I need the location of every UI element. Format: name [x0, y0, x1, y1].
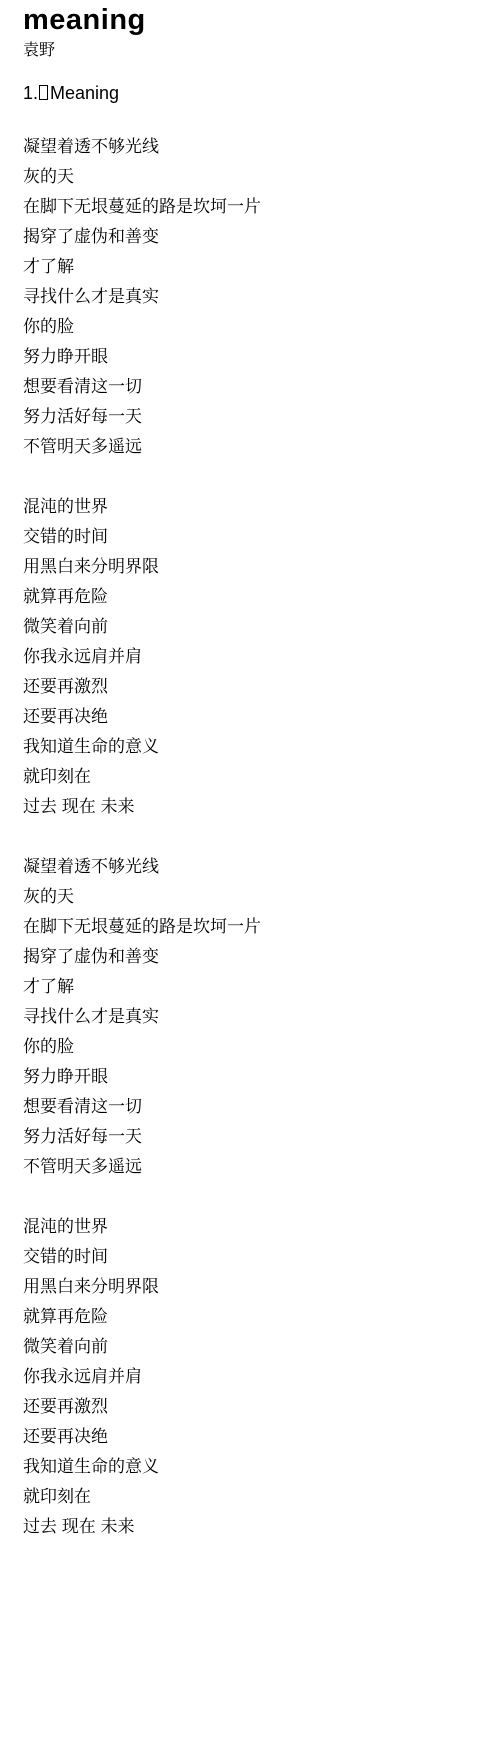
lyric-line: 混沌的世界	[23, 1212, 490, 1242]
lyric-line: 还要再决绝	[23, 1422, 490, 1452]
lyric-line: 在脚下无垠蔓延的路是坎坷一片	[23, 192, 490, 222]
lyric-line: 凝望着透不够光线	[23, 132, 490, 162]
missing-glyph-box-icon	[39, 85, 48, 100]
lyric-line: 就算再危险	[23, 1302, 490, 1332]
stanza-chorus-2: 混沌的世界交错的时间用黑白来分明界限就算再危险微笑着向前你我永远肩并肩还要再激烈…	[23, 1212, 490, 1542]
track-number: 1.	[23, 83, 38, 103]
lyric-line: 才了解	[23, 972, 490, 1002]
track-title: Meaning	[50, 83, 119, 103]
lyric-line: 揭穿了虚伪和善变	[23, 222, 490, 252]
lyric-line: 还要再决绝	[23, 702, 490, 732]
lyric-line: 用黑白来分明界限	[23, 1272, 490, 1302]
artist-name: 袁野	[23, 40, 490, 61]
lyric-line: 交错的时间	[23, 1242, 490, 1272]
lyric-line: 还要再激烈	[23, 1392, 490, 1422]
lyric-line: 努力睁开眼	[23, 342, 490, 372]
stanza-chorus-1: 混沌的世界交错的时间用黑白来分明界限就算再危险微笑着向前你我永远肩并肩还要再激烈…	[23, 492, 490, 822]
lyric-line: 交错的时间	[23, 522, 490, 552]
lyric-line: 用黑白来分明界限	[23, 552, 490, 582]
lyric-line: 我知道生命的意义	[23, 732, 490, 762]
lyric-line: 过去 现在 未来	[23, 792, 490, 822]
lyric-line: 想要看清这一切	[23, 372, 490, 402]
lyric-line: 微笑着向前	[23, 1332, 490, 1362]
lyric-line: 你的脸	[23, 312, 490, 342]
stanza-verse-2: 凝望着透不够光线灰的天在脚下无垠蔓延的路是坎坷一片揭穿了虚伪和善变才了解寻找什么…	[23, 852, 490, 1182]
lyric-line: 微笑着向前	[23, 612, 490, 642]
lyric-line: 你的脸	[23, 1032, 490, 1062]
lyric-line: 混沌的世界	[23, 492, 490, 522]
lyric-line: 努力睁开眼	[23, 1062, 490, 1092]
lyric-line: 就印刻在	[23, 762, 490, 792]
lyric-line: 想要看清这一切	[23, 1092, 490, 1122]
lyric-line: 就算再危险	[23, 582, 490, 612]
lyric-line: 还要再激烈	[23, 672, 490, 702]
lyric-line: 寻找什么才是真实	[23, 282, 490, 312]
lyric-line: 在脚下无垠蔓延的路是坎坷一片	[23, 912, 490, 942]
lyric-line: 努力活好每一天	[23, 1122, 490, 1152]
lyric-line: 就印刻在	[23, 1482, 490, 1512]
lyric-line: 努力活好每一天	[23, 402, 490, 432]
lyric-line: 凝望着透不够光线	[23, 852, 490, 882]
lyric-line: 才了解	[23, 252, 490, 282]
lyric-line: 不管明天多遥远	[23, 432, 490, 462]
lyric-line: 不管明天多遥远	[23, 1152, 490, 1182]
lyric-line: 揭穿了虚伪和善变	[23, 942, 490, 972]
lyric-line: 灰的天	[23, 882, 490, 912]
track-heading: 1.Meaning	[23, 81, 490, 105]
page-title: meaning	[23, 3, 490, 37]
lyric-line: 过去 现在 未来	[23, 1512, 490, 1542]
lyrics-page: meaning 袁野 1.Meaning 凝望着透不够光线灰的天在脚下无垠蔓延的…	[23, 3, 490, 1542]
lyric-line: 灰的天	[23, 162, 490, 192]
lyric-line: 你我永远肩并肩	[23, 642, 490, 672]
stanza-verse-1: 凝望着透不够光线灰的天在脚下无垠蔓延的路是坎坷一片揭穿了虚伪和善变才了解寻找什么…	[23, 132, 490, 462]
lyric-line: 寻找什么才是真实	[23, 1002, 490, 1032]
lyric-line: 你我永远肩并肩	[23, 1362, 490, 1392]
lyric-line: 我知道生命的意义	[23, 1452, 490, 1482]
lyrics-body: 凝望着透不够光线灰的天在脚下无垠蔓延的路是坎坷一片揭穿了虚伪和善变才了解寻找什么…	[23, 132, 490, 1542]
